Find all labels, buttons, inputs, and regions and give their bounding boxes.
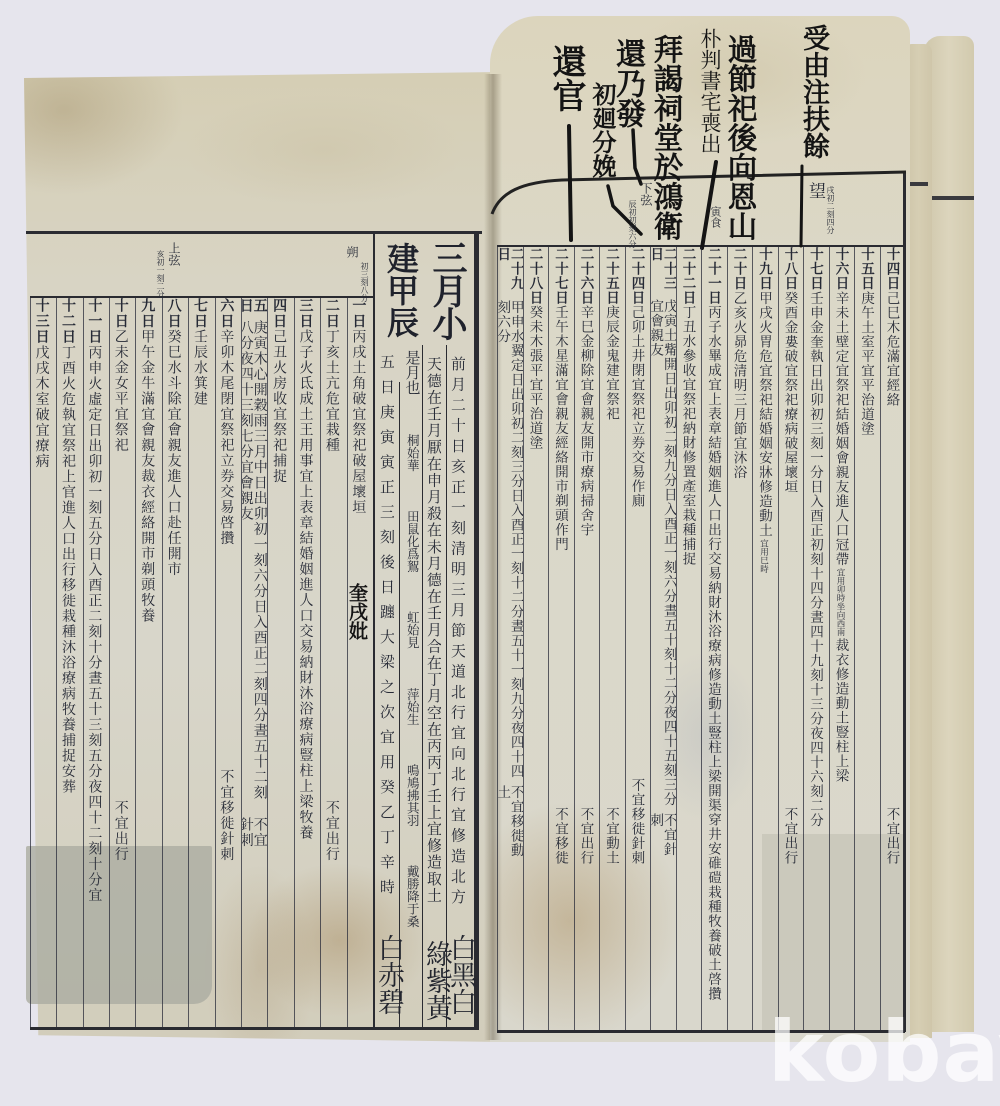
day-almanac-text: 甲午金牛滿宜會親友裁衣經絡開市剃頭牧養 <box>140 329 154 624</box>
handwritten-note: 拜謁祠堂於鴻衛 <box>652 34 682 241</box>
day-label: 二十四日 <box>629 247 643 305</box>
day-column: 十一日丙申火虛定日出卯初一刻五分日入酉正二刻十分晝五十三刻五分夜四十二刻十分宜 <box>83 298 109 1027</box>
day-almanac-text: 壬申金奎執日出卯初三刻一分日入酉正初刻十四分晝四十九刻十三分夜四十六刻二分 <box>808 291 822 828</box>
day-label: 二十三日 <box>650 247 675 299</box>
month-title: 三月小 <box>430 240 465 339</box>
day-label: 二十二日 <box>680 247 694 305</box>
new-moon-time: 初三刻八分 <box>360 262 368 302</box>
phenology-item: 虹始見 <box>406 611 419 649</box>
day-almanac-text: 丁酉火危執宜祭祀上官進人口出行移徙栽種沐浴療病牧養捕捉安葬 <box>61 345 75 795</box>
eclipse-note: 寅食 <box>710 206 721 228</box>
previous-solar-term: 前月二十日亥正一刻清明三月節天道北行宜向北行宜修造北方 <box>450 356 465 926</box>
day-label: 四日 <box>272 298 286 329</box>
day-column: 二十六日辛巳金柳除宜會親友開市療病掃舍宇不宜出行 <box>574 247 600 1030</box>
day-column: 二十五日庚辰金鬼建宜祭祀不宜動土 <box>599 247 625 1030</box>
day-column: 六日辛卯木尾閉宜祭祀立券交易啓攢不宜移徙針刺 <box>215 298 241 1027</box>
day-almanac-text: 壬辰水箕建 <box>193 329 207 407</box>
day-label: 十六日 <box>833 247 847 291</box>
day-label: 十五日 <box>859 247 873 291</box>
handwritten-note: 奎戌妣 <box>347 583 366 640</box>
day-almanac-text: 癸未木張平宜平治道塗 <box>527 305 541 450</box>
day-label: 十日 <box>114 298 128 329</box>
sun-position-colors: 白赤碧 <box>375 934 402 1015</box>
full-moon-time: 戌初二刻四分 <box>826 186 834 242</box>
day-label: 二十一日 <box>706 247 720 305</box>
day-label: 二十日 <box>731 247 745 291</box>
watermark: kobay <box>768 1010 1000 1094</box>
day-label: 一日 <box>351 298 365 329</box>
day-almanac-text: 丙申火虛定日出卯初一刻五分日入酉正二刻十分晝五十三刻五分夜四十二刻十分宜 <box>87 345 101 903</box>
day-almanac-text: 辛卯木尾閉宜祭祀立券交易啓攢 <box>219 329 233 546</box>
day-column: 二十三日戊寅土觜開日出卯初二刻九分日入酉正一刻六分晝五十刻十二分夜四十五刻三分宜… <box>650 247 676 1030</box>
day-column: 十五日庚午土室平宜平治道塗 <box>854 247 880 1030</box>
handwritten-note: 朴判書宅喪出 <box>699 28 720 154</box>
day-almanac-text: 癸酉金婁破宜祭祀療病破屋壞垣 <box>782 291 796 494</box>
day-almanac-text: 甲申水翼定日出卯初二刻三分日入酉正一刻十二分晝五十一刻九分夜四十四刻六分 <box>497 300 522 779</box>
day-almanac-text: 庚辰金鬼建宜祭祀 <box>604 305 618 421</box>
phenology-column: 是月也 桐始華 田鼠化爲鴽 虹始見 萍始生 鳴鳩拂其羽 戴勝降于桑 <box>402 350 422 928</box>
day-column: 三日戊子火氐成土王用事宜上表章結婚姻進人口交易納財沐浴療病豎柱上梁牧養 <box>294 298 320 1027</box>
handwritten-note: 過節祀後向恩山 <box>726 34 756 241</box>
day-almanac-text: 宜用巳時 <box>759 539 768 573</box>
day-almanac-text: 宜用卯時坐向西南 <box>836 568 845 636</box>
phenology-item: 戴勝降于桑 <box>406 865 419 928</box>
day-column: 二十日乙亥火昴危清明三月節宜沐浴 <box>727 247 753 1030</box>
unfavorable-note: 不宜移徙 <box>553 801 567 865</box>
day-column: 七日壬辰水箕建 <box>188 298 214 1027</box>
day-column: 四日己丑火房收宜祭祀捕捉 <box>267 298 293 1027</box>
day-almanac-text: 戊子火氐成土王用事宜上表章結婚姻進人口交易納財沐浴療病豎柱上梁牧養 <box>299 329 313 841</box>
day-almanac-text: 丁亥土亢危宜栽種 <box>325 329 339 453</box>
day-column: 二十八日癸未木張平宜平治道塗 <box>523 247 549 1030</box>
day-column: 八日癸巳水斗除宜會親友進人口赴任開市 <box>162 298 188 1027</box>
day-almanac-text: 戊戌木室破宜療病 <box>35 345 49 469</box>
day-column: 十七日壬申金奎執日出卯初三刻一分日入酉正初刻十四分晝四十九刻十三分夜四十六刻二分 <box>803 247 829 1030</box>
day-column: 二十四日己卯土井閉宜祭祀立券交易作廁不宜移徙針刺 <box>625 247 651 1030</box>
month-pillar: 建甲辰 <box>385 242 417 338</box>
day-column: 十九日甲戌火胃危宜祭祀結婚姻安牀修造動土宜用巳時 <box>752 247 778 1030</box>
first-quarter-note: 上弦 <box>168 242 180 266</box>
day-label: 十四日 <box>884 247 898 291</box>
unfavorable-note: 不宜針刺 <box>241 811 267 862</box>
day-label: 十三日 <box>35 298 49 345</box>
phenology-item: 田鼠化爲鴽 <box>406 510 419 573</box>
day-almanac-text: 壬午木星滿宜會親友經絡開市剃頭作門 <box>553 305 567 552</box>
unfavorable-note: 不宜出行 <box>578 801 592 865</box>
last-quarter-time: 辰初初刻六分 <box>628 200 636 248</box>
day-column: 一日丙戌土角破宜祭祀破屋壞垣 <box>347 298 373 1027</box>
phenology-item: 桐始華 <box>406 434 419 472</box>
day-almanac-text: 戊寅土觜開日出卯初二刻九分日入酉正一刻六分晝五十刻十二分夜四十五刻三分宜會親友 <box>650 299 675 807</box>
day-almanac-text: 辛巳金柳除宜會親友開市療病掃舍宇 <box>578 305 592 537</box>
day-column: 五日庚寅木心開穀雨三月中日出卯初一刻六分日入酉正二刻四分晝五十二刻八分夜四十三刻… <box>241 298 267 1027</box>
day-almanac-text: 庚寅木心開穀雨三月中日出卯初一刻六分日入酉正二刻四分晝五十二刻八分夜四十三刻七分… <box>241 320 267 811</box>
new-moon-note: 朔 <box>346 246 358 258</box>
unfavorable-note: 不宜出行 <box>114 794 128 862</box>
day-label: 二十七日 <box>553 247 567 305</box>
day-label: 二十九日 <box>497 247 522 300</box>
unfavorable-note: 不宜動土 <box>604 801 618 865</box>
handwritten-note: 還官 <box>549 44 583 112</box>
day-column: 二日丁亥土亢危宜栽種不宜出行 <box>320 298 346 1027</box>
day-almanac-text: 己丑火房收宜祭祀捕捉 <box>272 329 286 484</box>
day-almanac-text: 癸巳水斗除宜會親友進人口赴任開市 <box>167 329 181 577</box>
day-label: 八日 <box>167 298 181 329</box>
unfavorable-note: 不宜移徙針刺 <box>219 763 233 862</box>
unfavorable-note: 不宜移徙針刺 <box>629 772 643 865</box>
sun-position: 五日庚寅寅正三刻後日躔大梁之次宜用癸乙丁辛時 <box>379 354 394 929</box>
unfavorable-note: 不宜出行 <box>325 794 339 862</box>
day-column: 十日乙未金女平宜祭祀不宜出行 <box>109 298 135 1027</box>
handwritten-note: 受由注扶餘 <box>800 24 827 159</box>
full-moon-note: 望 <box>806 182 823 199</box>
day-column: 十四日己巳木危滿宜經絡不宜出行 <box>880 247 906 1030</box>
day-almanac-text: 乙未金女平宜祭祀 <box>114 329 128 453</box>
day-almanac-text: 丁丑水參收宜祭祀納財修置產室栽種捕捉 <box>680 305 694 566</box>
day-almanac-text: 己巳木危滿宜經絡 <box>884 291 898 407</box>
day-almanac-text: 丙戌土角破宜祭祀破屋壞垣 <box>351 329 365 515</box>
day-label: 九日 <box>140 298 154 329</box>
day-column: 十六日辛未土壁定宜祭祀結婚姻會親友進人口冠帶宜用卯時坐向西南裁衣修造動土豎柱上梁 <box>829 247 855 1030</box>
left-day-grid: 一日丙戌土角破宜祭祀破屋壞垣二日丁亥土亢危宜栽種不宜出行三日戊子火氐成土王用事宜… <box>30 298 373 1027</box>
day-label: 三日 <box>299 298 313 329</box>
unfavorable-note: 不宜移徙動土 <box>497 779 522 865</box>
day-label: 十一日 <box>87 298 101 345</box>
day-almanac-text: 裁衣修造動土豎柱上梁 <box>833 638 847 783</box>
day-almanac-text: 庚午土室平宜平治道塗 <box>859 291 873 436</box>
day-column: 二十九日甲申水翼定日出卯初二刻三分日入酉正一刻十二分晝五十一刻九分夜四十四刻六分… <box>497 247 523 1030</box>
day-label: 二日 <box>325 298 339 329</box>
handwritten-note: 初廻分娩 <box>590 82 614 178</box>
day-label: 二十八日 <box>527 247 541 305</box>
day-almanac-text: 丙子水畢成宜上表章結婚姻進人口出行交易納財沐浴療病修造動土豎柱上梁開渠穿井安碓磑… <box>706 305 720 1001</box>
day-column: 二十一日丙子水畢成宜上表章結婚姻進人口出行交易納財沐浴療病修造動土豎柱上梁開渠穿… <box>701 247 727 1030</box>
day-label: 七日 <box>193 298 207 329</box>
unfavorable-note: 不宜出行 <box>884 801 898 865</box>
day-column: 九日甲午金牛滿宜會親友裁衣經絡開市剃頭牧養 <box>135 298 161 1027</box>
day-label: 十七日 <box>808 247 822 291</box>
day-label: 十八日 <box>782 247 796 291</box>
right-day-grid: 十四日己巳木危滿宜經絡不宜出行十五日庚午土室平宜平治道塗十六日辛未土壁定宜祭祀結… <box>497 247 905 1030</box>
day-almanac-text: 乙亥火昴危清明三月節宜沐浴 <box>731 291 745 480</box>
phenology-item: 萍始生 <box>406 688 419 726</box>
day-almanac-text: 己卯土井閉宜祭祀立券交易作廁 <box>629 305 643 508</box>
unfavorable-note: 不宜出行 <box>782 801 796 865</box>
day-label: 六日 <box>219 298 233 329</box>
day-label: 十二日 <box>61 298 75 345</box>
month-virtues: 天德在壬月厭在申月殺在未月德在壬月合在丁月空在丙丙丁壬上宜修造取土 <box>426 356 441 926</box>
day-column: 二十二日丁丑水參收宜祭祀納財修置產室栽種捕捉 <box>676 247 702 1030</box>
day-almanac-text: 辛未土壁定宜祭祀結婚姻會親友進人口冠帶 <box>833 291 847 567</box>
day-label: 五日 <box>241 298 267 320</box>
day-column: 十二日丁酉火危執宜祭祀上官進人口出行移徙栽種沐浴療病牧養捕捉安葬 <box>56 298 82 1027</box>
first-quarter-time: 亥初一刻二分 <box>156 250 164 298</box>
virtues-colors: 綠紫黃 <box>423 940 450 1021</box>
day-almanac-text: 甲戌火胃危宜祭祀結婚姻安牀修造動土 <box>757 291 771 538</box>
day-column: 二十七日壬午木星滿宜會親友經絡開市剃頭作門不宜移徙 <box>548 247 574 1030</box>
unfavorable-note: 不宜針刺 <box>650 807 675 865</box>
phenology-heading: 是月也 <box>405 350 420 395</box>
day-column: 十八日癸酉金婁破宜祭祀療病破屋壞垣不宜出行 <box>778 247 804 1030</box>
day-label: 二十六日 <box>578 247 592 305</box>
phenology-item: 鳴鳩拂其羽 <box>406 764 419 827</box>
day-label: 二十五日 <box>604 247 618 305</box>
day-column: 十三日戊戌木室破宜療病 <box>30 298 56 1027</box>
day-label: 十九日 <box>757 247 771 291</box>
